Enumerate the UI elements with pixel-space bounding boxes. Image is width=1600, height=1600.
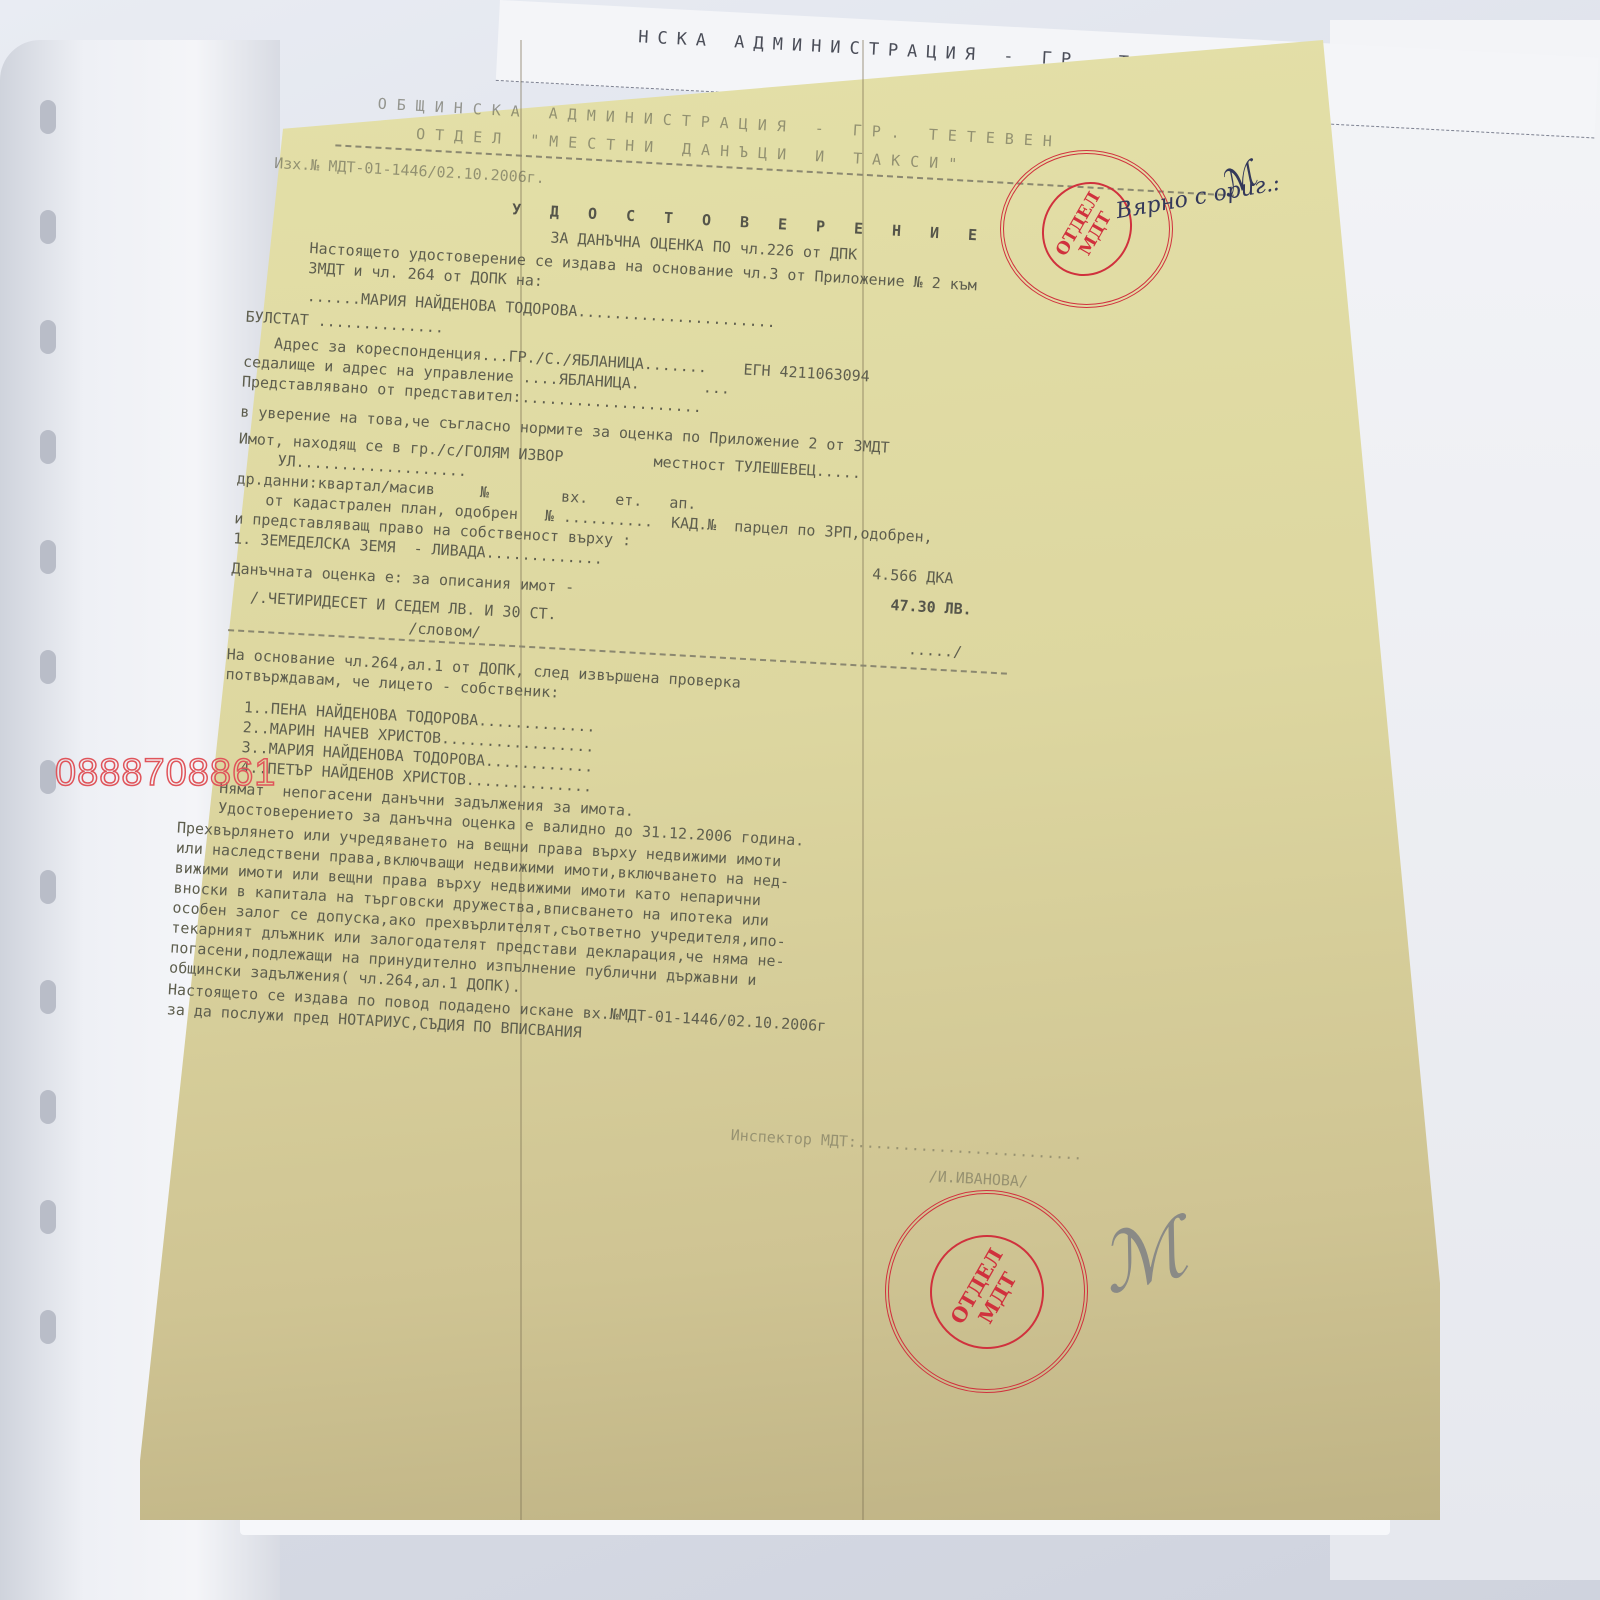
binder-hole [40,760,56,794]
binder-hole [40,210,56,244]
phone-watermark: 0888708861 [55,752,276,795]
stamp-inner-ring: ОТДЕЛ МДТ [909,1214,1065,1370]
official-stamp-bottom: ОТДЕЛ МДТ [885,1190,1088,1393]
binder-hole [40,430,56,464]
assessment-value: 47.30 ЛВ. [890,598,972,618]
stamp-inner-ring: ОТДЕЛ МДТ [1024,165,1148,292]
binder-hole [40,980,56,1014]
property-item-1-area: 4.566 ДКА [872,567,954,587]
binder-hole [40,1200,56,1234]
binder-hole [40,320,56,354]
binder-hole [40,1310,56,1344]
binder-hole [40,540,56,574]
words-end: ...../ [908,642,963,660]
binder-hole [40,1090,56,1124]
binder-hole [40,870,56,904]
official-stamp-top: ОТДЕЛ МДТ [1000,150,1173,308]
fold-line [862,40,864,1520]
words-label: /словом/ [408,621,481,640]
binder-hole [40,100,56,134]
binder-hole [40,650,56,684]
